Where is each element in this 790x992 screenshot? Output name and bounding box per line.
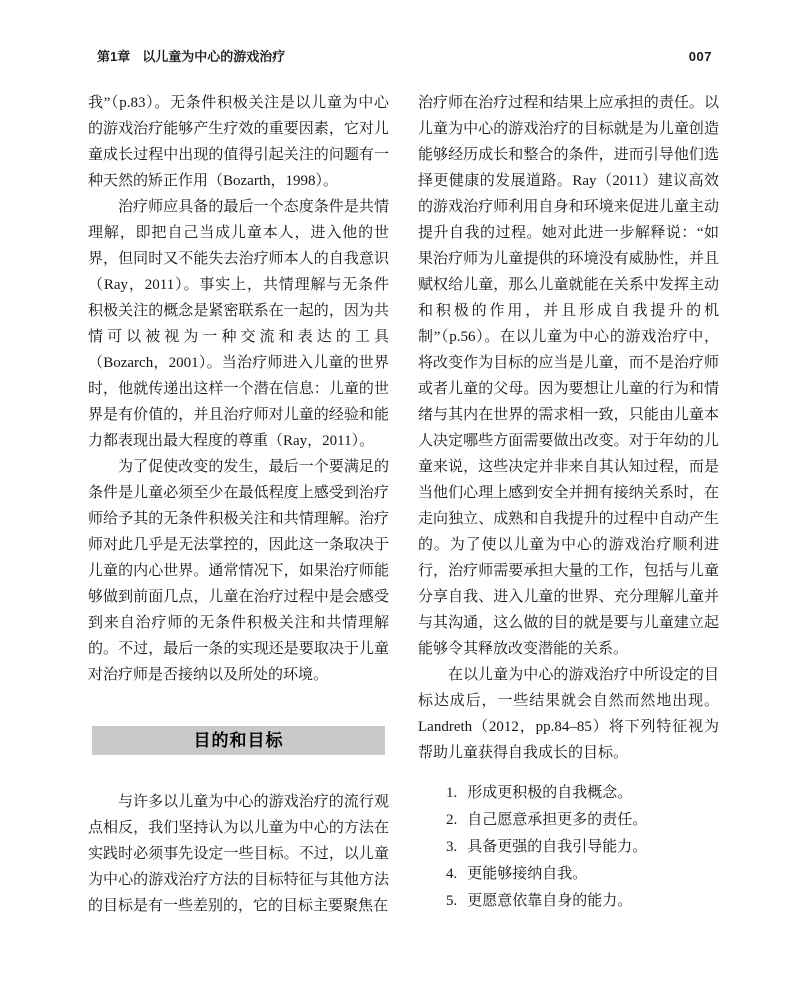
- goal-list: 1.形成更积极的自我概念。 2.自己愿意承担更多的责任。 3.具备更强的自我引导…: [418, 780, 719, 915]
- list-item-text: 自己愿意承担更多的责任。: [467, 812, 647, 828]
- list-item-text: 更愿意依靠自身的能力。: [467, 893, 632, 909]
- right-column: 治疗师在治疗过程和结果上应承担的责任。以儿童为中心的游戏治疗的目标就是为儿童创造…: [418, 90, 719, 930]
- list-item: 1.形成更积极的自我概念。: [418, 780, 719, 807]
- list-item-text: 形成更积极的自我概念。: [467, 785, 632, 801]
- paragraph: 在以儿童为中心的游戏治疗中所设定的目标达成后，一些结果就会自然而然地出现。Lan…: [418, 662, 719, 766]
- chapter-title: 以儿童为中心的游戏治疗: [142, 46, 285, 65]
- chapter-heading: 第1章 以儿童为中心的游戏治疗: [97, 46, 285, 65]
- paragraph: 治疗师在治疗过程和结果上应承担的责任。以儿童为中心的游戏治疗的目标就是为儿童创造…: [418, 90, 719, 662]
- list-item-text: 具备更强的自我引导能力。: [467, 839, 647, 855]
- list-item-number: 5.: [446, 888, 457, 915]
- paragraph: 治疗师应具备的最后一个态度条件是共情理解，即把自己当成儿童本人，进入他的世界，但…: [88, 194, 389, 454]
- chapter-number: 第1章: [97, 46, 130, 65]
- list-item-number: 3.: [446, 834, 457, 861]
- text-columns: 我”（p.83）。无条件积极关注是以儿童为中心的游戏治疗能够产生疗效的重要因素，…: [88, 90, 719, 930]
- book-page: 第1章 以儿童为中心的游戏治疗 007 我”（p.83）。无条件积极关注是以儿童…: [0, 0, 790, 992]
- paragraph: 我”（p.83）。无条件积极关注是以儿童为中心的游戏治疗能够产生疗效的重要因素，…: [88, 90, 389, 194]
- list-item-text: 更能够接纳自我。: [467, 866, 587, 882]
- left-column: 我”（p.83）。无条件积极关注是以儿童为中心的游戏治疗能够产生疗效的重要因素，…: [88, 90, 389, 930]
- list-item-number: 4.: [446, 861, 457, 888]
- list-item: 4.更能够接纳自我。: [418, 861, 719, 888]
- list-item: 5.更愿意依靠自身的能力。: [418, 888, 719, 915]
- running-header: 第1章 以儿童为中心的游戏治疗 007: [97, 46, 712, 65]
- list-item-number: 2.: [446, 807, 457, 834]
- list-item: 2.自己愿意承担更多的责任。: [418, 807, 719, 834]
- section-heading-bar: 目的和目标: [92, 726, 385, 755]
- page-number: 007: [689, 49, 712, 64]
- section-heading-text: 目的和目标: [194, 728, 284, 754]
- paragraph: 与许多以儿童为中心的游戏治疗的流行观点相反，我们坚持认为以儿童为中心的方法在实践…: [88, 789, 389, 919]
- paragraph: 为了促使改变的发生，最后一个要满足的条件是儿童必须至少在最低程度上感受到治疗师给…: [88, 454, 389, 688]
- list-item-number: 1.: [446, 780, 457, 807]
- list-item: 3.具备更强的自我引导能力。: [418, 834, 719, 861]
